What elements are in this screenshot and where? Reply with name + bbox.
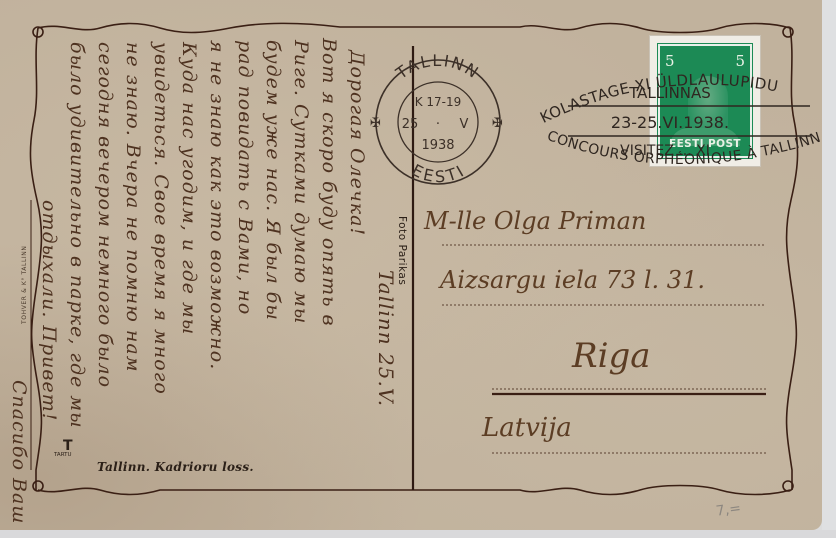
address-city: Riga (572, 336, 651, 376)
message-line: рад повидать с Вами, но (234, 40, 256, 315)
postmark-country: EESTI (409, 160, 469, 186)
svg-text:EESTI: EESTI (409, 160, 469, 186)
svg-text:·: · (436, 117, 440, 132)
message-line: будем уже нас. Я был бы (262, 40, 284, 321)
message-line: Куда нас угодим, и где мы (178, 42, 200, 335)
postmark-city: TALLINN (392, 51, 484, 83)
printed-caption: Tallinn. Kadrioru loss. (97, 460, 254, 474)
postmark-day: 25 (402, 117, 419, 132)
address-country: Latvija (482, 413, 572, 443)
tartu-label: TARTU (54, 452, 72, 458)
corner-scroll-icon (783, 27, 793, 37)
slogan-postmark: KOLASTAGE XI ÜLDLAULUPIDU TALLINNAS 23-2… (520, 40, 836, 190)
message-line: сегодня вечером немного было (94, 42, 116, 388)
postmark-month: V (460, 117, 469, 132)
message-line: отдыхали. Привет! (38, 200, 60, 421)
message-line: не знаю. Вчера не помню нам (122, 42, 144, 372)
svg-text:✠: ✠ (370, 116, 381, 131)
message-line: увидеться. Свое время я много (150, 42, 172, 395)
svg-text:TALLINN: TALLINN (392, 51, 484, 83)
slogan-line-3: 23-25.VI.1938. (611, 113, 729, 132)
address-street: Aizsargu iela 73 l. 31. (440, 266, 705, 294)
round-postmark: TALLINN EESTI K 17-19 25 · V 1938 ✠ ✠ (360, 42, 510, 192)
postmark-time: K 17-19 (415, 95, 462, 109)
message-line: Вот я скоро буду опять в (318, 38, 340, 327)
slogan-line-2: TALLINNAS (628, 84, 711, 102)
corner-scroll-icon (33, 481, 43, 491)
message-greeting: Дорогая Олечка! (346, 50, 368, 236)
message-line: было удивительно в парке, где мы (66, 42, 88, 429)
message-line: я не знаю как это возможно. (206, 40, 228, 370)
message-signature: Спасибо Ваш (8, 380, 30, 524)
address-recipient: M-lle Olga Priman (424, 207, 646, 235)
publisher-imprint: TOHVER & K° TALLINN (21, 246, 28, 324)
postmark-year: 1938 (421, 138, 454, 153)
message-line: Риге. Сутками думаю мы (290, 40, 312, 324)
svg-text:✠: ✠ (492, 116, 503, 131)
message-place-date: Tallinn 25.V. (374, 270, 398, 407)
